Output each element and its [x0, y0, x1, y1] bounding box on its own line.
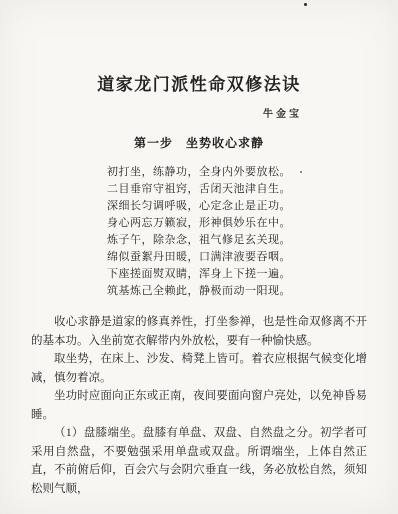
verse-line: 初打坐，练静功，全身内外要放松。 — [0, 164, 398, 181]
section-heading: 第一步 坐势收心求静 — [0, 134, 398, 151]
scanned-book-page: 道家龙门派性命双修法诀 牛金宝 第一步 坐势收心求静 初打坐，练静功，全身内外要… — [0, 0, 398, 514]
verse-line: 绵似蚕絮丹田暖，口满津液要吞咽。 — [0, 249, 398, 266]
body-paragraph: 收心求静是道家的修真养性，打坐参禅，也是性命双修离不开的基本功。入坐前宽衣解带内… — [31, 313, 367, 350]
ink-speck — [304, 3, 307, 6]
verse-block: 初打坐，练静功，全身内外要放松。 二目垂帘守祖窍，舌闭天池津自生。 深细长匀调呼… — [0, 164, 398, 300]
verse-line: 筑基炼己全赖此，静极而动一阳现。 — [0, 283, 398, 300]
body-paragraph: 取坐势，在床上、沙发、椅凳上皆可。着衣应根据气候变化增减，慎勿着凉。 — [31, 350, 367, 387]
author-name: 牛金宝 — [0, 105, 302, 120]
page-title: 道家龙门派性命双修法诀 — [0, 70, 398, 95]
body-text-block: 收心求静是道家的修真养性，打坐参禅，也是性命双修离不开的基本功。入坐前宽衣解带内… — [31, 313, 367, 498]
verse-line: 炼子午，除杂念，祖气修足玄关现。 — [0, 232, 398, 249]
verse-line: 二目垂帘守祖窍，舌闭天池津自生。 — [0, 181, 398, 198]
verse-line: 下座搓面熨双睛，浑身上下搓一遍。 — [0, 266, 398, 283]
body-paragraph: （1）盘膝端坐。盘膝有单盘、双盘、自然盘之分。初学者可采用自然盘，不要勉强采用单… — [31, 424, 367, 498]
verse-line: 身心两忘万籁寂，形神俱妙乐在中。 — [0, 215, 398, 232]
verse-line: 深细长匀调呼吸，心定念止是正功。 — [0, 198, 398, 215]
body-paragraph: 坐功时应面向正东或正南，夜间要面向窗户亮处，以免神昏易睡。 — [31, 387, 367, 424]
